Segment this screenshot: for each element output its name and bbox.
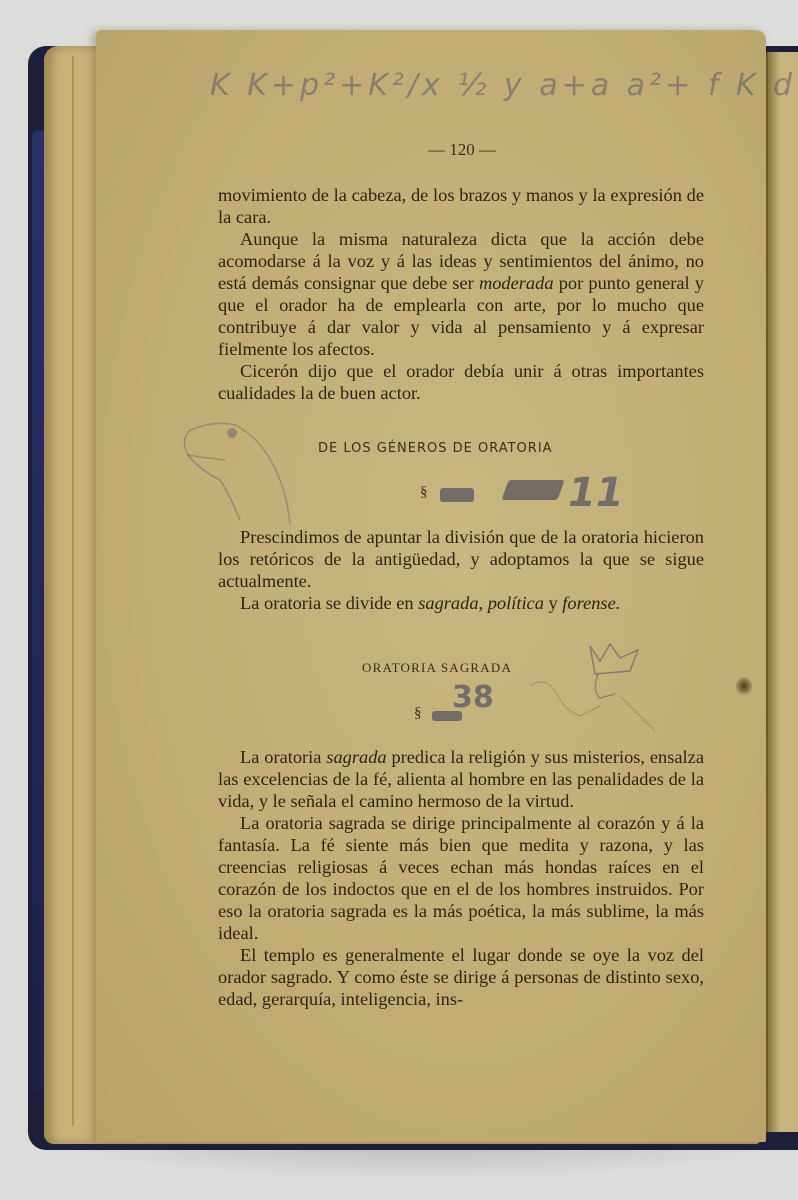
section-heading: ORATORIA SAGRADA [362,660,512,676]
pencil-sketch-bird-icon [170,400,330,530]
facing-page-edge [766,52,798,1132]
text-run: y [544,593,562,613]
page-number: — 120 — [428,140,496,160]
section-mark: § [414,705,422,722]
pencil-section-number: 11 [568,470,624,516]
italic-text: sagrada [418,593,478,613]
italic-text: moderada [479,273,554,293]
text-section-2: Prescindimos de apuntar la división que … [218,526,704,614]
text-run: La oratoria se divide en [240,593,418,613]
paragraph: La oratoria sagrada se dirige principalm… [218,812,704,944]
paragraph: La oratoria sagrada predica la religión … [218,746,704,812]
pencil-scribble [440,488,474,502]
paragraph: movimiento de la cabeza, de los brazos y… [218,184,704,228]
section-mark: § [420,484,428,501]
italic-text: política [488,593,544,613]
page-edge-line [72,56,74,1126]
handwritten-pencil-note: K K+p²+K²/x ½ y a+a a²+ f K d F [210,68,670,103]
pencil-sketch-crown-icon [520,636,680,736]
italic-text: forense. [562,593,620,613]
paragraph: Prescindimos de apuntar la división que … [218,526,704,592]
paragraph: El templo es generalmente el lugar donde… [218,944,704,1010]
pencil-section-number: 38 [452,680,494,715]
paragraph: Cicerón dijo que el orador debía unir á … [218,360,704,404]
text-run: , [479,593,488,613]
italic-text: sagrada [326,747,386,767]
text-run: La oratoria [240,747,326,767]
paragraph: La oratoria se divide en sagrada, políti… [218,592,704,614]
text-section-3: La oratoria sagrada predica la religión … [218,746,704,1010]
stain-spot [736,676,752,696]
section-heading: DE LOS GÉNEROS DE ORATORIA [318,441,553,456]
pencil-scribble [501,480,564,500]
paragraph: Aunque la misma naturaleza dicta que la … [218,228,704,360]
text-section-1: movimiento de la cabeza, de los brazos y… [218,184,704,404]
